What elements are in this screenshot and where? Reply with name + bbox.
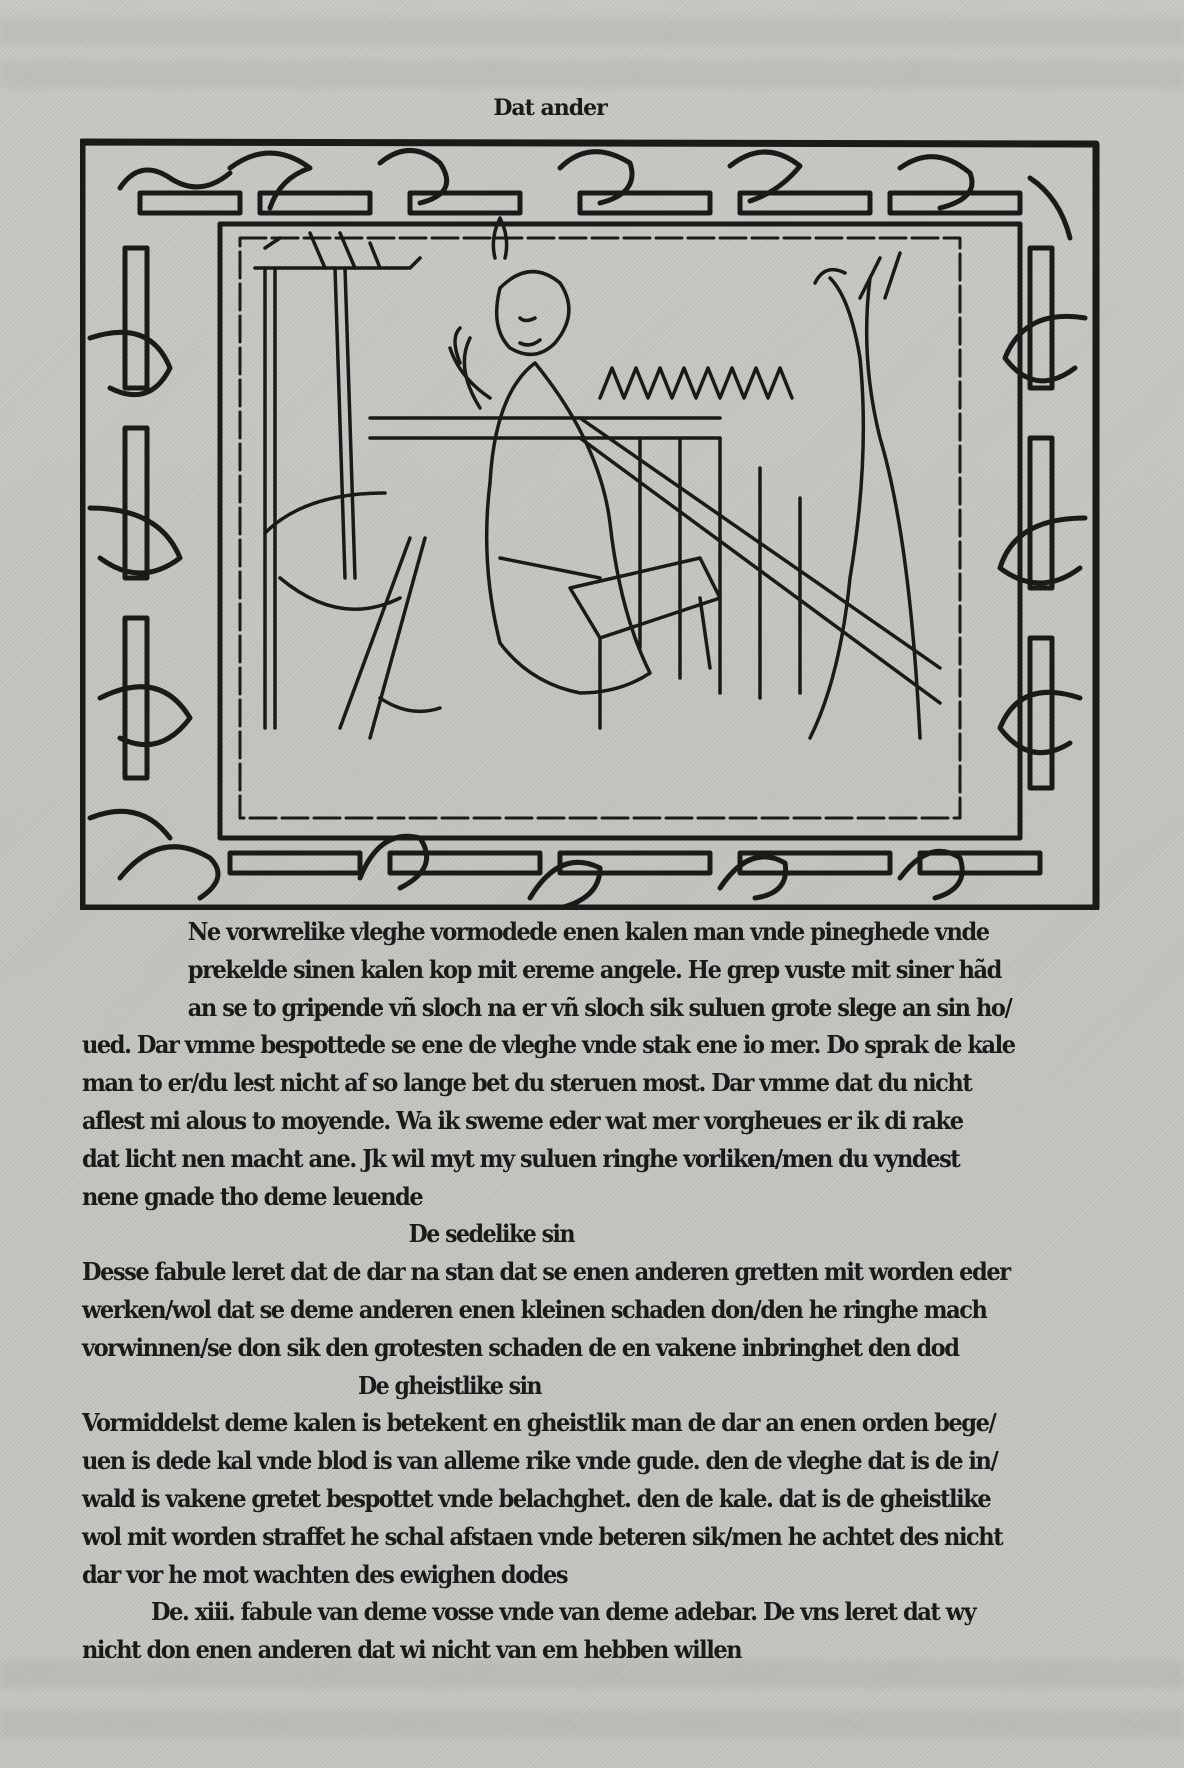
fable-line: prekelde sinen kalen kop mit ereme angel…: [82, 951, 1020, 989]
woodcut-svg: [80, 138, 1100, 910]
fable-line: man to er/du lest nicht af so lange bet …: [82, 1064, 1020, 1102]
bleed-through-ghost-top-1: [0, 18, 1184, 46]
fable-line: dat licht nen macht ane. Jk wil myt my s…: [82, 1140, 1020, 1178]
bleed-through-ghost-bottom-2: [0, 1710, 1184, 1738]
fable-line: ued. Dar vmme bespottede se ene de vlegh…: [82, 1026, 1020, 1064]
fable-line: nene gnade tho deme leuende: [82, 1178, 1020, 1216]
running-head: Dat ander: [480, 95, 620, 121]
spiritual-heading: De gheistlike sin: [82, 1367, 1020, 1405]
spiritual-line: uen is dede kal vnde blod is van alleme …: [82, 1442, 1020, 1480]
fable-line: an se to gripende vñ sloch na er vñ sloc…: [82, 989, 1020, 1027]
fable-line: Ne vorwrelike vleghe vormodede enen kale…: [82, 913, 1020, 951]
next-fable-title-line: nicht don enen anderen dat wi nicht van …: [82, 1631, 1020, 1669]
spiritual-line: wald is vakene gretet bespottet vnde bel…: [82, 1480, 1020, 1518]
spiritual-line: wol mit worden straffet he schal afstaen…: [82, 1518, 1020, 1556]
moral-line: werken/wol dat se deme anderen enen klei…: [82, 1291, 1020, 1329]
bleed-through-ghost-top-2: [0, 60, 1184, 88]
moral-line: vorwinnen/se don sik den grotesten schad…: [82, 1329, 1020, 1367]
next-fable-title-line: De. xiii. fabule van deme vosse vnde van…: [82, 1593, 1020, 1631]
spiritual-line: Vormiddelst deme kalen is betekent en gh…: [82, 1404, 1020, 1442]
woodcut-illustration: [80, 138, 1100, 910]
fable-line: aflest mi alous to moyende. Wa ik sweme …: [82, 1102, 1020, 1140]
spiritual-line: dar vor he mot wachten des ewighen dodes: [82, 1556, 1020, 1594]
moral-line: Desse fabule leret dat de dar na stan da…: [82, 1253, 1020, 1291]
body-text: Ne vorwrelike vleghe vormodede enen kale…: [82, 913, 1020, 1669]
moral-heading: De sedelike sin: [82, 1215, 1020, 1253]
